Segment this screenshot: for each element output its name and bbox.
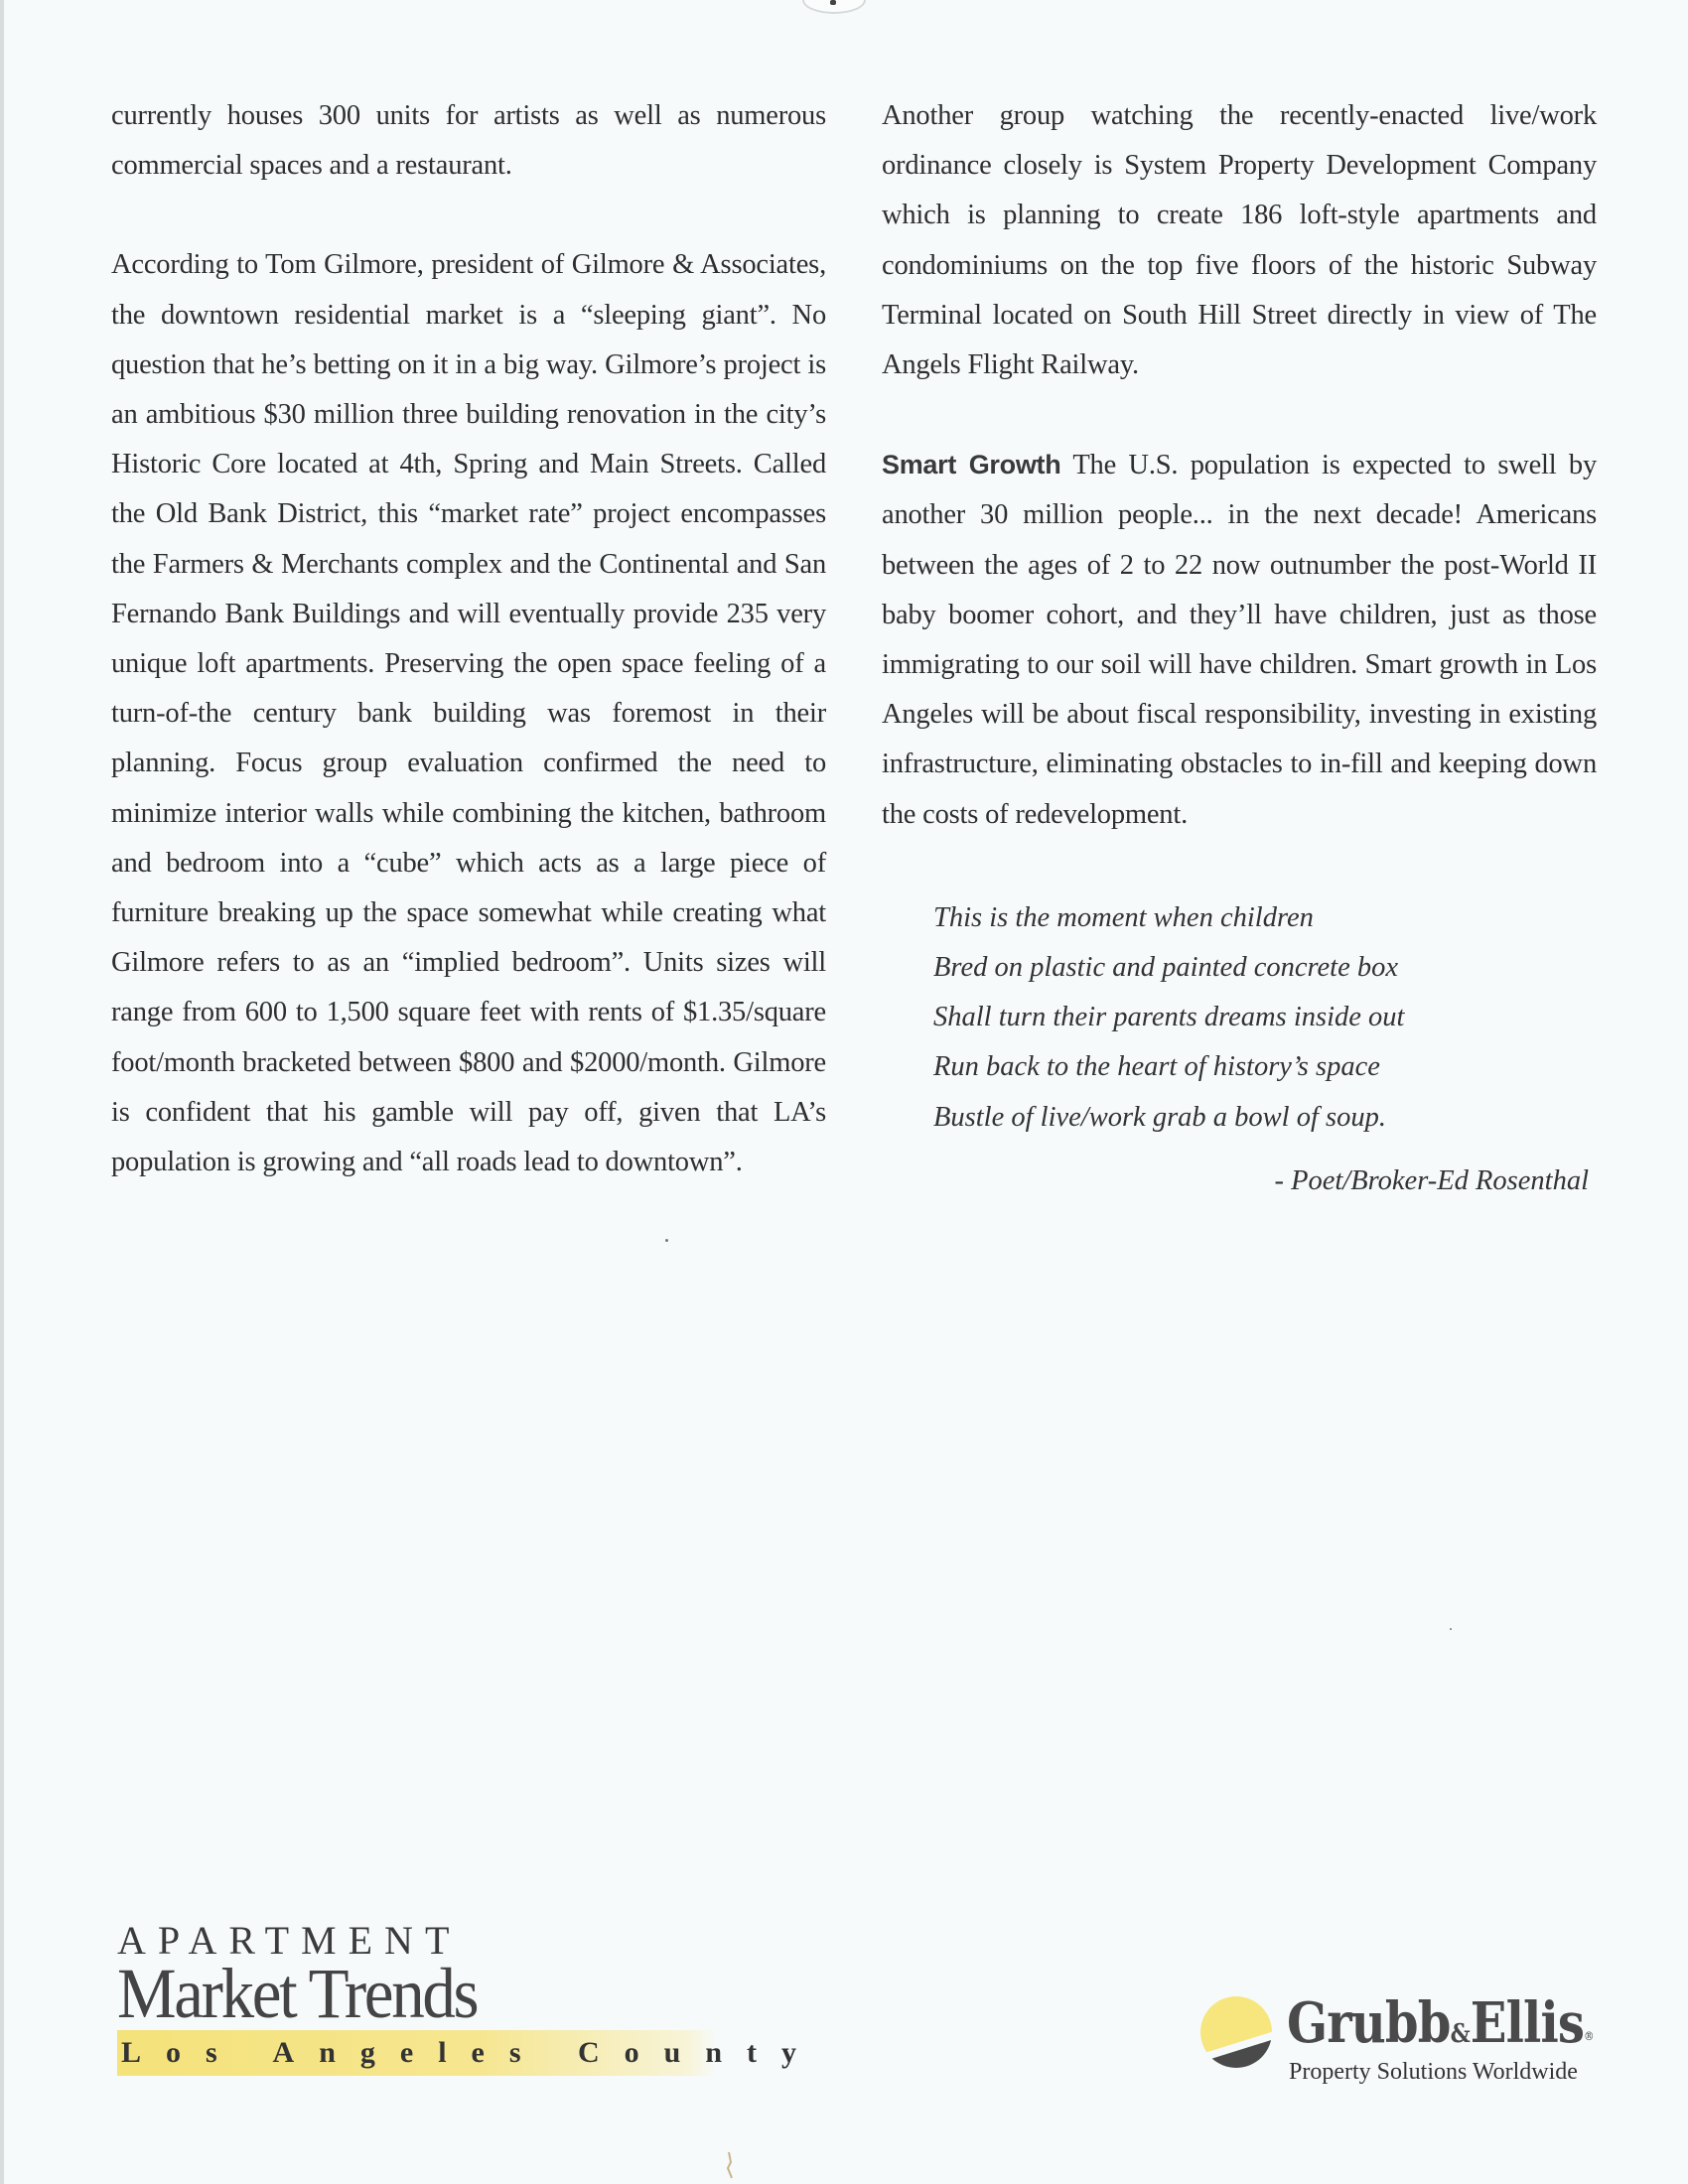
company-name: Grubb&Ellis® (1287, 1993, 1594, 2066)
scan-edge (0, 0, 4, 2184)
paragraph-artist-lofts: currently houses 300 units for artists a… (111, 91, 826, 191)
poem-line: Bred on plastic and painted concrete box (933, 943, 1597, 993)
poem-attribution: - Poet/Broker-Ed Rosenthal (933, 1157, 1597, 1206)
poem-line: This is the moment when children (933, 893, 1597, 943)
poem-line: Run back to the heart of history’s space (933, 1042, 1597, 1092)
scan-smudge (723, 2150, 737, 2180)
poem: This is the moment when children Bred on… (933, 893, 1597, 1206)
paragraph-smart-growth: Smart Growth The U.S. population is expe… (882, 440, 1597, 840)
grubb-ellis-logo: Grubb&Ellis® Property Solutions Worldwid… (1192, 1987, 1609, 2097)
paragraph-gilmore: According to Tom Gilmore, president of G… (111, 240, 826, 1187)
ampersand: & (1451, 2019, 1471, 2049)
masthead-title: Market Trends (117, 1961, 675, 2026)
publication-masthead: APARTMENT Market Trends Los Angeles Coun… (117, 1921, 717, 2076)
company-tagline: Property Solutions Worldwide (1289, 2059, 1578, 2086)
right-column: Another group watching the recently-enac… (882, 91, 1597, 1206)
smart-growth-heading: Smart Growth (882, 450, 1060, 479)
left-column: currently houses 300 units for artists a… (111, 91, 826, 1187)
paragraph-system-property: Another group watching the recently-enac… (882, 91, 1597, 390)
company-name-part1: Grubb (1287, 1990, 1451, 2056)
poem-line: Bustle of live/work grab a bowl of soup. (933, 1093, 1597, 1143)
company-name-part2: Ellis (1471, 1990, 1584, 2056)
masthead-region-highlight: Los Angeles County (117, 2030, 717, 2076)
poem-line: Shall turn their parents dreams inside o… (933, 993, 1597, 1042)
half-sun-icon (1192, 1987, 1281, 2077)
scan-speck (1450, 1628, 1452, 1630)
scan-speck (665, 1239, 668, 1242)
binding-hole-mark (802, 0, 866, 14)
registered-mark: ® (1584, 2029, 1593, 2043)
smart-growth-text: The U.S. population is expected to swell… (882, 450, 1597, 829)
